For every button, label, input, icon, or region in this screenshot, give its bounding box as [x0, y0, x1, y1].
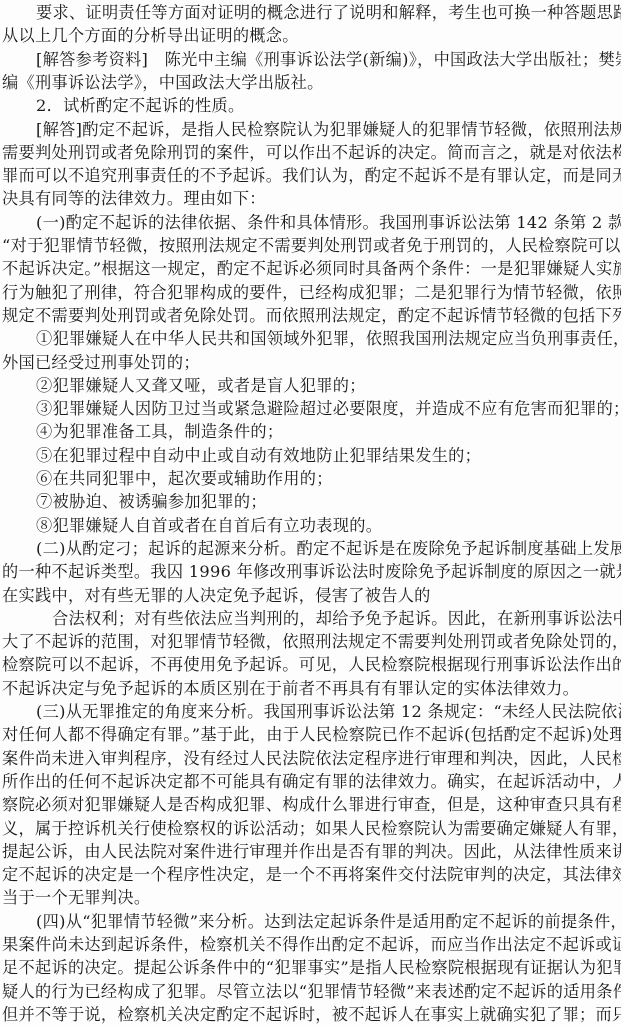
text-line: 行为触犯了刑律，符合犯罪构成的要件，已经构成犯罪；二是犯罪行为情节轻微，依照刑法 [2, 281, 621, 305]
text-line: ⑤在犯罪过程中自动中止或自动有效地防止犯罪结果发生的； [36, 444, 621, 468]
text-line: 所作出的任何不起诉决定都不可能具有确定有罪的法律效力。确实，在起诉活动中，人民检 [2, 770, 621, 794]
text-line: 果案件尚未达到起诉条件，检察机关不得作出酌定不起诉，而应当作出法定不起诉或证据不 [2, 933, 621, 957]
text-line: 当于一个无罪判决。 [2, 886, 621, 910]
text-line: “对于犯罪情节轻微，按照刑法规定不需要判处刑罚或者免于刑罚的，人民检察院可以作出 [2, 234, 621, 258]
text-line: ⑥在共同犯罪中，起次要或辅助作用的； [36, 467, 621, 491]
text-line: 决具有同等的法律效力。理由如下： [2, 187, 621, 211]
text-line: 定不起诉的决定是一个程序性决定，是一个不再将案件交付法院审判的决定，其法律效力相 [2, 863, 621, 887]
text-line: 疑人的行为已经构成了犯罪。尽管立法以“犯罪情节轻微”来表述酌定不起诉的适用条件， [2, 980, 621, 1004]
text-line: 2．试析酌定不起诉的性质。 [36, 94, 621, 118]
text-line: (三)从无罪推定的角度来分析。我国刑事诉讼法第 12 条规定：“未经人民法院依法… [36, 700, 621, 724]
text-line: 检察院可以不起诉，不再使用免予起诉。可见，人民检察院根据现行刑事诉讼法作出的酌定 [2, 653, 621, 677]
text-line: 的一种不起诉类型。我囚 1996 年修改刑事诉讼法时废除免予起诉制度的原因之一就… [2, 560, 621, 584]
text-line: [解答参考资料] 陈光中主编《刑事诉讼法学(新编)》，中国政法大学出版社；樊崇义… [36, 48, 621, 72]
text-line: 义，属于控诉机关行使检察权的诉讼活动；如果人民检察院认为需要确定嫌疑人有罪，则应 [2, 817, 621, 841]
text-line: ④为犯罪准备工具，制造条件的； [36, 420, 621, 444]
text-line: 但并不等于说，检察机关决定酌定不起诉时，被不起诉人在事实上就确实犯了罪；而只是表 [2, 1003, 621, 1025]
text-line: (二)从酌定刁；起诉的起源来分析。酌定不起诉是在废除免予起诉制度基础上发展而来 [36, 537, 621, 561]
text-line: ①犯罪嫌疑人在中华人民共和国领域外犯罪，依照我国刑法规定应当负刑事责任，但在 [36, 327, 621, 351]
text-line: 察院必须对犯罪嫌疑人是否构成犯罪、构成什么罪进行审查，但是，这种审查只具有程序意 [2, 793, 621, 817]
text-line: 对任何人都不得确定有罪。”基于此，由于人民检察院已作不起诉(包括酌定不起诉)处理… [2, 723, 621, 747]
text-line: (四)从“犯罪情节轻微”来分析。达到法定起诉条件是适用酌定不起诉的前提条件，如 [36, 910, 621, 934]
text-line: 合法权利；对有些依法应当判刑的，却给予免予起诉。因此，在新刑事诉讼法中，扩 [52, 607, 621, 631]
text-line: 不起诉决定。”根据这一规定，酌定不起诉必须同时具备两个条件：一是犯罪嫌疑人实施的 [2, 257, 621, 281]
text-line: 在实践中，对有些无罪的人决定免予起诉，侵害了被告人的 [2, 584, 621, 608]
text-line: 外国已经受过刑事处罚的； [2, 351, 621, 375]
text-line: 编《刑事诉讼法学》，中国政法大学出版社。 [2, 71, 621, 95]
text-line: 罪而可以不追究刑事责任的不予起诉。我们认为，酌定不起诉不是有罪认定，而是同无罪判 [2, 164, 621, 188]
text-line: [解答]酌定不起诉，是指人民检察院认为犯罪嫌疑人的犯罪情节轻微，依照刑法规定不 [36, 118, 621, 142]
text-line: 需要判处刑罚或者免除刑罚的案件，可以作出不起诉的决定。简而言之，就是对依法构成犯 [2, 141, 621, 165]
text-line: 案件尚未进入审判程序，没有经过人民法院依法定程序进行审理和判决，因此，人民检察院 [2, 747, 621, 771]
text-line: 大了不起诉的范围，对犯罪情节轻微，依照刑法规定不需要判处刑罚或者免除处罚的，人民 [2, 630, 621, 654]
document-page: 要求、证明责任等方面对证明的概念进行了说明和解释，考生也可换一种答题思路，即从以… [0, 0, 623, 1025]
text-line: ⑦被胁迫、被诱骗参加犯罪的； [36, 490, 621, 514]
text-line: (一)酌定不起诉的法律依据、条件和具体情形。我国刑事诉讼法第 142 条第 2 … [36, 211, 621, 235]
text-line: ③犯罪嫌疑人因防卫过当或紧急避险超过必要限度，并造成不应有危害而犯罪的； [36, 397, 621, 421]
text-line: 不起诉决定与免予起诉的本质区别在于前者不再具有有罪认定的实体法律效力。 [2, 677, 621, 701]
text-line: 从以上几个方面的分析导出证明的概念。 [2, 24, 621, 48]
text-line: ⑧犯罪嫌疑人自首或者在自首后有立功表现的。 [36, 514, 621, 538]
text-line: 规定不需要判处刑罚或者免除处罚。而依照刑法规定，酌定不起诉情节轻微的包括下列情形… [2, 304, 621, 328]
text-line: 要求、证明责任等方面对证明的概念进行了说明和解释，考生也可换一种答题思路，即 [36, 1, 621, 25]
text-line: ②犯罪嫌疑人又聋又哑，或者是盲人犯罪的； [36, 374, 621, 398]
text-line: 足不起诉的决定。提起公诉条件中的“犯罪事实”是指人民检察院根据现有证据认为犯罪嫌 [2, 956, 621, 980]
text-line: 提起公诉，由人民法院对案件进行审理并作出是否有罪的判决。因此，从法律性质来讲，酌 [2, 840, 621, 864]
